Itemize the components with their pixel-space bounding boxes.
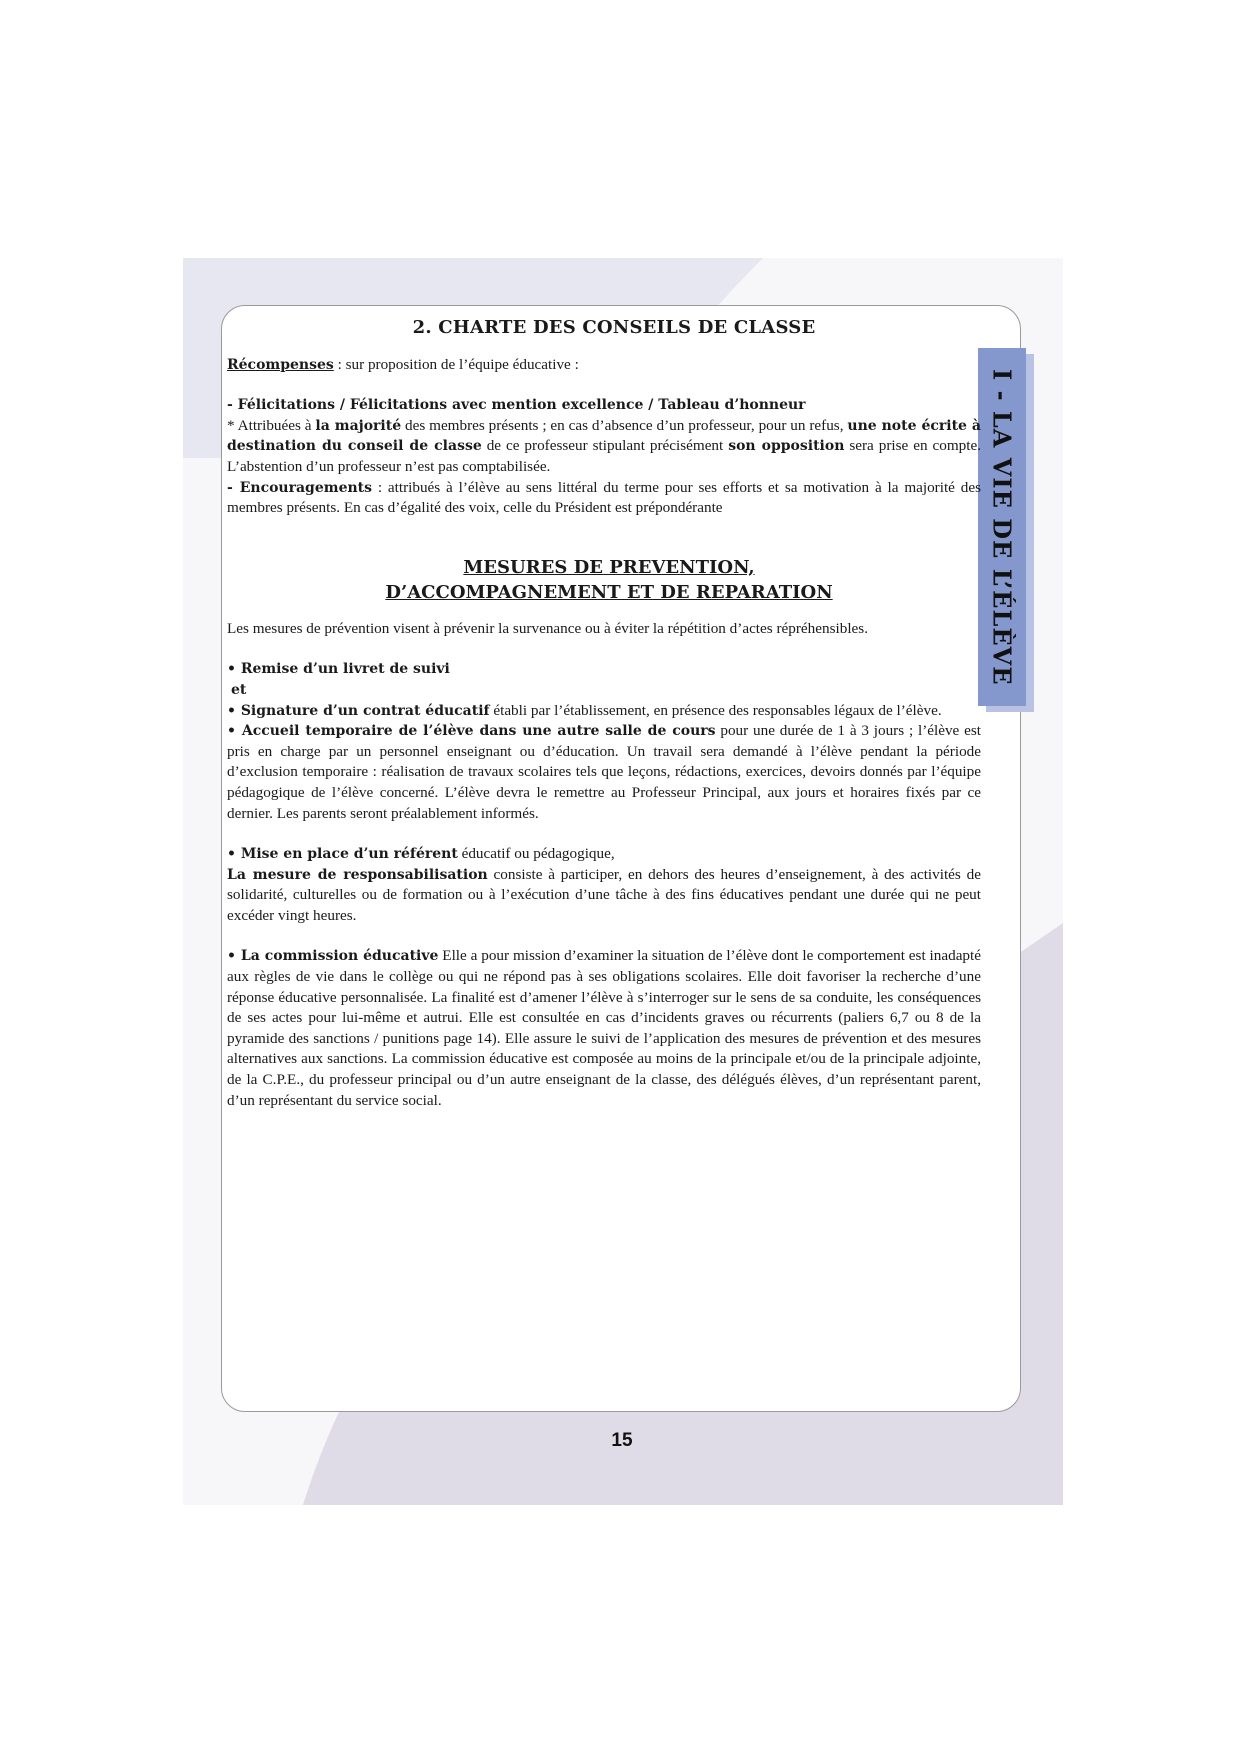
spacer xyxy=(227,824,981,844)
commission-item: • La commission éducative Elle a pour mi… xyxy=(227,946,981,1111)
page-number: 15 xyxy=(600,1430,644,1452)
recompenses-label: Récompenses xyxy=(227,357,334,373)
recompenses-line: Récompenses : sur proposition de l’équip… xyxy=(227,355,981,376)
spacer xyxy=(227,519,981,555)
commission-text: Elle a pour mission d’examiner la situat… xyxy=(227,947,981,1108)
responsabilisation-label: La mesure de responsabilisation xyxy=(227,867,488,883)
contrat-label: • Signature d’un contrat éducatif xyxy=(227,703,490,719)
spacer xyxy=(227,375,981,395)
felicitations-heading: - Félicitations / Félicitations avec men… xyxy=(227,395,981,416)
text-run: * Attribuées à xyxy=(227,417,315,434)
contrat-text: établi par l’établissement, en présence … xyxy=(490,702,942,719)
referent-label: • Mise en place d’un référent xyxy=(227,846,458,862)
bold-run: la majorité xyxy=(315,418,401,434)
felicitations-heading-text: - Félicitations / Félicitations avec men… xyxy=(227,397,806,413)
charte-title: 2. CHARTE DES CONSEILS DE CLASSE xyxy=(227,318,981,339)
spacer xyxy=(227,926,981,946)
recompenses-text: : sur proposition de l’équipe éducative … xyxy=(334,356,579,373)
accueil-label: • Accueil temporaire de l’élève dans une… xyxy=(227,723,716,739)
mesures-intro: Les mesures de prévention visent à préve… xyxy=(227,619,981,640)
spacer xyxy=(227,605,981,619)
section-tab-label: I - LA VIE DE L’ÉLÈVE xyxy=(988,369,1017,686)
encouragements-paragraph: - Encouragements : attribués à l’élève a… xyxy=(227,478,981,519)
encouragements-label: - Encouragements xyxy=(227,480,372,496)
livret-item: • Remise d’un livret de suivi xyxy=(227,659,981,680)
spacer xyxy=(227,639,981,659)
section-tab: I - LA VIE DE L’ÉLÈVE xyxy=(978,348,1026,706)
responsabilisation-item: La mesure de responsabilisation consiste… xyxy=(227,865,981,927)
document-content: 2. CHARTE DES CONSEILS DE CLASSE Récompe… xyxy=(227,318,981,1111)
livret-label: • Remise d’un livret de suivi xyxy=(227,661,450,677)
et-connector: et xyxy=(227,680,981,701)
bold-run: son opposition xyxy=(728,438,844,454)
referent-item: • Mise en place d’un référent éducatif o… xyxy=(227,844,981,865)
felicitations-paragraph: * Attribuées à la majorité des membres p… xyxy=(227,416,981,478)
accueil-item: • Accueil temporaire de l’élève dans une… xyxy=(227,721,981,824)
contrat-item: • Signature d’un contrat éducatif établi… xyxy=(227,701,981,722)
et-label: et xyxy=(231,682,246,698)
commission-label: • La commission éducative xyxy=(227,948,438,964)
mesures-title-line2: D’ACCOMPAGNEMENT ET DE REPARATION xyxy=(227,580,981,605)
text-run: de ce professeur stipulant précisément xyxy=(482,437,728,454)
text-run: des membres présents ; en cas d’absence … xyxy=(401,417,847,434)
referent-text: éducatif ou pédagogique, xyxy=(458,845,615,862)
mesures-title-line1: MESURES DE PREVENTION, xyxy=(227,555,981,580)
